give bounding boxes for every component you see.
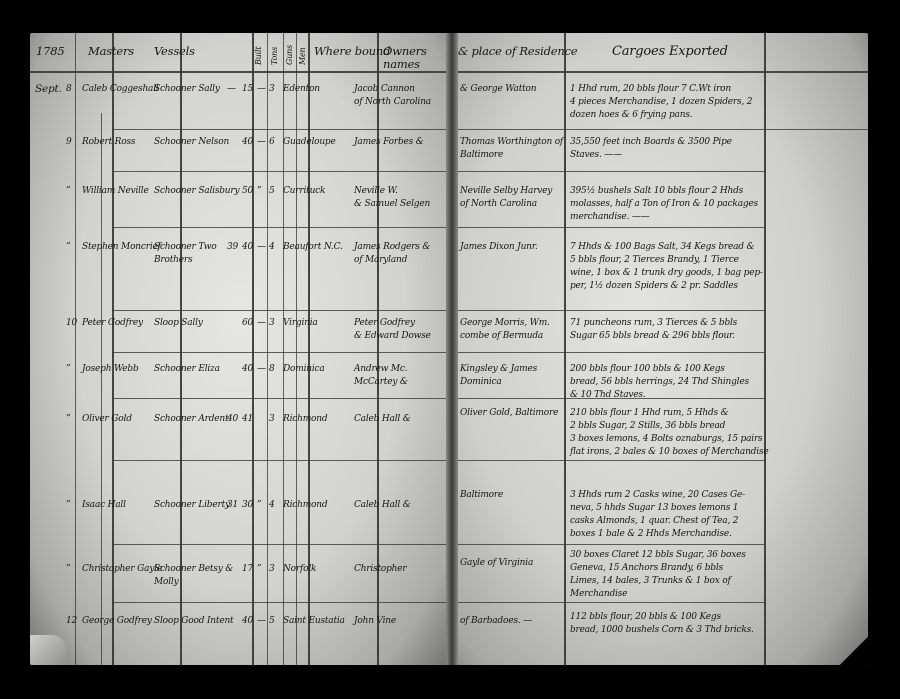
row-day: 12 bbox=[66, 615, 77, 628]
row-rule bbox=[112, 352, 452, 353]
header-masters: Masters bbox=[88, 45, 134, 58]
row-tons: 50 bbox=[242, 185, 253, 198]
book-gutter bbox=[446, 33, 458, 665]
row-bound: Norfolk bbox=[283, 563, 316, 576]
header-rule bbox=[452, 71, 868, 73]
row-rule bbox=[452, 227, 764, 228]
row-master: Robert Ross bbox=[82, 136, 135, 149]
row-guns: ” bbox=[257, 499, 261, 512]
page-corner bbox=[840, 637, 868, 665]
row-rule bbox=[452, 129, 868, 130]
row-men: 3 bbox=[269, 413, 275, 426]
row-built: 31 bbox=[227, 499, 238, 512]
row-vessel: Schooner Eliza bbox=[154, 363, 220, 376]
rule-cargo bbox=[564, 33, 566, 665]
row-owners: John Vine bbox=[354, 615, 396, 628]
row-master: Isaac Hall bbox=[82, 499, 126, 512]
row-vessel: Sloop Sally bbox=[154, 317, 203, 330]
row-owners: Caleb Hall & bbox=[354, 413, 411, 426]
row-master: Joseph Webb bbox=[82, 363, 139, 376]
row-cargo: 1 Hhd rum, 20 bbls flour 7 C.Wt iron 4 p… bbox=[570, 83, 752, 122]
row-owners: James Rodgers & of Maryland bbox=[354, 241, 430, 267]
rule-blank bbox=[764, 33, 766, 665]
row-bound: Richmond bbox=[283, 413, 327, 426]
row-vessel: Schooner Ardent bbox=[154, 413, 228, 426]
row-master: Christopher Gayle bbox=[82, 563, 162, 576]
row-guns: — bbox=[257, 136, 266, 149]
row-rule bbox=[452, 352, 764, 353]
row-vessel: Schooner Two Brothers bbox=[154, 241, 217, 267]
row-vessel: Schooner Betsy & Molly bbox=[154, 563, 233, 589]
row-guns: — bbox=[257, 363, 266, 376]
row-master: Oliver Gold bbox=[82, 413, 132, 426]
row-cargo: 35,550 feet inch Boards & 3500 Pipe Stav… bbox=[570, 136, 732, 162]
row-men: 6 bbox=[269, 136, 275, 149]
row-residence: & George Watton bbox=[460, 83, 536, 96]
row-owners: Andrew Mc. McCartey & bbox=[354, 363, 408, 389]
row-residence: Gayle of Virginia bbox=[460, 557, 533, 570]
row-cargo: 200 bbls flour 100 bbls & 100 Kegs bread… bbox=[570, 363, 749, 402]
row-owners: Peter Godfrey & Edward Dowse bbox=[354, 317, 431, 343]
row-owners: Christopher bbox=[354, 563, 407, 576]
rule-tons bbox=[267, 33, 268, 665]
row-rule bbox=[112, 544, 452, 545]
row-day: 10 bbox=[66, 317, 77, 330]
row-residence: George Morris, Wm. combe of Bermuda bbox=[460, 317, 550, 343]
row-tons: 41 bbox=[242, 413, 253, 426]
row-vessel: Schooner Sally bbox=[154, 83, 220, 96]
row-rule bbox=[112, 602, 452, 603]
page-corner-fold bbox=[30, 635, 66, 665]
row-men: 4 bbox=[269, 499, 275, 512]
row-master: Caleb Coggeshall bbox=[82, 83, 159, 96]
row-day: 8 bbox=[66, 83, 72, 96]
row-bound: Saint Eustatia bbox=[283, 615, 345, 628]
row-bound: Richmond bbox=[283, 499, 327, 512]
ledger-book: 1785 Masters Vessels Built Tons Guns Men… bbox=[30, 33, 868, 665]
month-label: Sept. bbox=[35, 83, 62, 96]
row-day: ” bbox=[66, 413, 70, 426]
row-cargo: 7 Hhds & 100 Bags Salt, 34 Kegs bread & … bbox=[570, 241, 763, 293]
row-guns: — bbox=[257, 317, 266, 330]
right-page: & place of Residence Cargoes Exported & … bbox=[452, 33, 868, 665]
row-owners: Neville W. & Samuel Selgen bbox=[354, 185, 430, 211]
row-cargo: 3 Hhds rum 2 Casks wine, 20 Cases Ge- ne… bbox=[570, 489, 745, 541]
row-master: Peter Godfrey bbox=[82, 317, 143, 330]
row-day: ” bbox=[66, 363, 70, 376]
row-cargo: 395½ bushels Salt 10 bbls flour 2 Hhds m… bbox=[570, 185, 758, 224]
row-bound: Currituck bbox=[283, 185, 325, 198]
row-rule bbox=[452, 460, 764, 461]
row-men: 5 bbox=[269, 615, 275, 628]
row-cargo: 71 puncheons rum, 3 Tierces & 5 bbls Sug… bbox=[570, 317, 737, 343]
row-tons: 15 bbox=[242, 83, 253, 96]
row-bound: Edenton bbox=[283, 83, 320, 96]
row-residence: Oliver Gold, Baltimore bbox=[460, 407, 558, 420]
row-tons: 40 bbox=[242, 615, 253, 628]
row-tons: 60 bbox=[242, 317, 253, 330]
row-men: 3 bbox=[269, 83, 275, 96]
row-vessel: Schooner Liberty bbox=[154, 499, 230, 512]
row-bound: Virginia bbox=[283, 317, 318, 330]
row-built: 40 bbox=[227, 413, 238, 426]
row-day: 9 bbox=[66, 136, 72, 149]
row-rule bbox=[452, 544, 764, 545]
row-bound: Beaufort N.C. bbox=[283, 241, 343, 254]
row-residence: James Dixon Junr. bbox=[460, 241, 538, 254]
row-tons: 40 bbox=[242, 136, 253, 149]
header-rule bbox=[30, 71, 452, 73]
row-built: 39 bbox=[227, 241, 238, 254]
row-vessel: Schooner Nelson bbox=[154, 136, 229, 149]
row-rule bbox=[452, 310, 764, 311]
row-men: 4 bbox=[269, 241, 275, 254]
row-vessel: Schooner Salisbury bbox=[154, 185, 239, 198]
row-guns: ” bbox=[257, 563, 261, 576]
row-residence: Baltimore bbox=[460, 489, 503, 502]
row-bound: Dominica bbox=[283, 363, 325, 376]
row-men: 8 bbox=[269, 363, 275, 376]
row-day: ” bbox=[66, 241, 70, 254]
header-vessels: Vessels bbox=[154, 45, 195, 58]
row-residence: Kingsley & James Dominica bbox=[460, 363, 537, 389]
header-year: 1785 bbox=[36, 45, 64, 58]
row-owners: James Forbes & bbox=[354, 136, 424, 149]
row-men: 3 bbox=[269, 317, 275, 330]
row-rule bbox=[452, 602, 764, 603]
row-master: George Godfrey bbox=[82, 615, 152, 628]
row-cargo: 112 bbls flour, 20 bbls & 100 Kegs bread… bbox=[570, 611, 754, 637]
header-built: Built bbox=[252, 47, 265, 65]
row-day: ” bbox=[66, 499, 70, 512]
row-day: ” bbox=[66, 563, 70, 576]
header-men: Men bbox=[296, 48, 309, 65]
row-owners: Caleb Hall & bbox=[354, 499, 411, 512]
row-owners: Jacob Cannon of North Carolina bbox=[354, 83, 431, 109]
row-built: — bbox=[227, 83, 236, 96]
row-rule bbox=[112, 171, 452, 172]
row-cargo: 30 boxes Claret 12 bbls Sugar, 36 boxes … bbox=[570, 549, 746, 601]
row-tons: 30 bbox=[242, 499, 253, 512]
row-tons: 40 bbox=[242, 363, 253, 376]
row-vessel: Sloop Good Intent bbox=[154, 615, 233, 628]
row-residence: Thomas Worthington of Baltimore bbox=[460, 136, 563, 162]
row-bound: Guadeloupe bbox=[283, 136, 336, 149]
row-tons: 17 bbox=[242, 563, 253, 576]
row-rule bbox=[112, 310, 452, 311]
row-rule bbox=[112, 398, 452, 399]
rule-date bbox=[75, 33, 76, 665]
row-tons: 40 bbox=[242, 241, 253, 254]
row-men: 5 bbox=[269, 185, 275, 198]
row-cargo: 210 bbls flour 1 Hhd rum, 5 Hhds & 2 bbl… bbox=[570, 407, 768, 459]
left-page: 1785 Masters Vessels Built Tons Guns Men… bbox=[30, 33, 452, 665]
header-tons: Tons bbox=[268, 47, 281, 65]
row-master: William Neville bbox=[82, 185, 149, 198]
row-day: ” bbox=[66, 185, 70, 198]
row-master: Stephen Moncrief bbox=[82, 241, 161, 254]
row-guns: — bbox=[257, 241, 266, 254]
header-guns: Guns bbox=[283, 45, 296, 65]
header-place-of-residence: & place of Residence bbox=[458, 45, 577, 58]
header-where-bound: Where bound bbox=[314, 45, 390, 58]
row-rule bbox=[112, 129, 452, 130]
row-rule bbox=[112, 460, 452, 461]
row-rule bbox=[452, 171, 764, 172]
row-residence: Neville Selby Harvey of North Carolina bbox=[460, 185, 552, 211]
row-residence: of Barbadoes. — bbox=[460, 615, 532, 628]
row-men: 3 bbox=[269, 563, 275, 576]
header-cargoes-exported: Cargoes Exported bbox=[612, 45, 728, 58]
row-guns: — bbox=[257, 83, 266, 96]
row-guns: — bbox=[257, 615, 266, 628]
row-rule bbox=[112, 227, 452, 228]
row-guns: ” bbox=[257, 185, 261, 198]
header-owners-names: Owners names bbox=[383, 45, 452, 71]
